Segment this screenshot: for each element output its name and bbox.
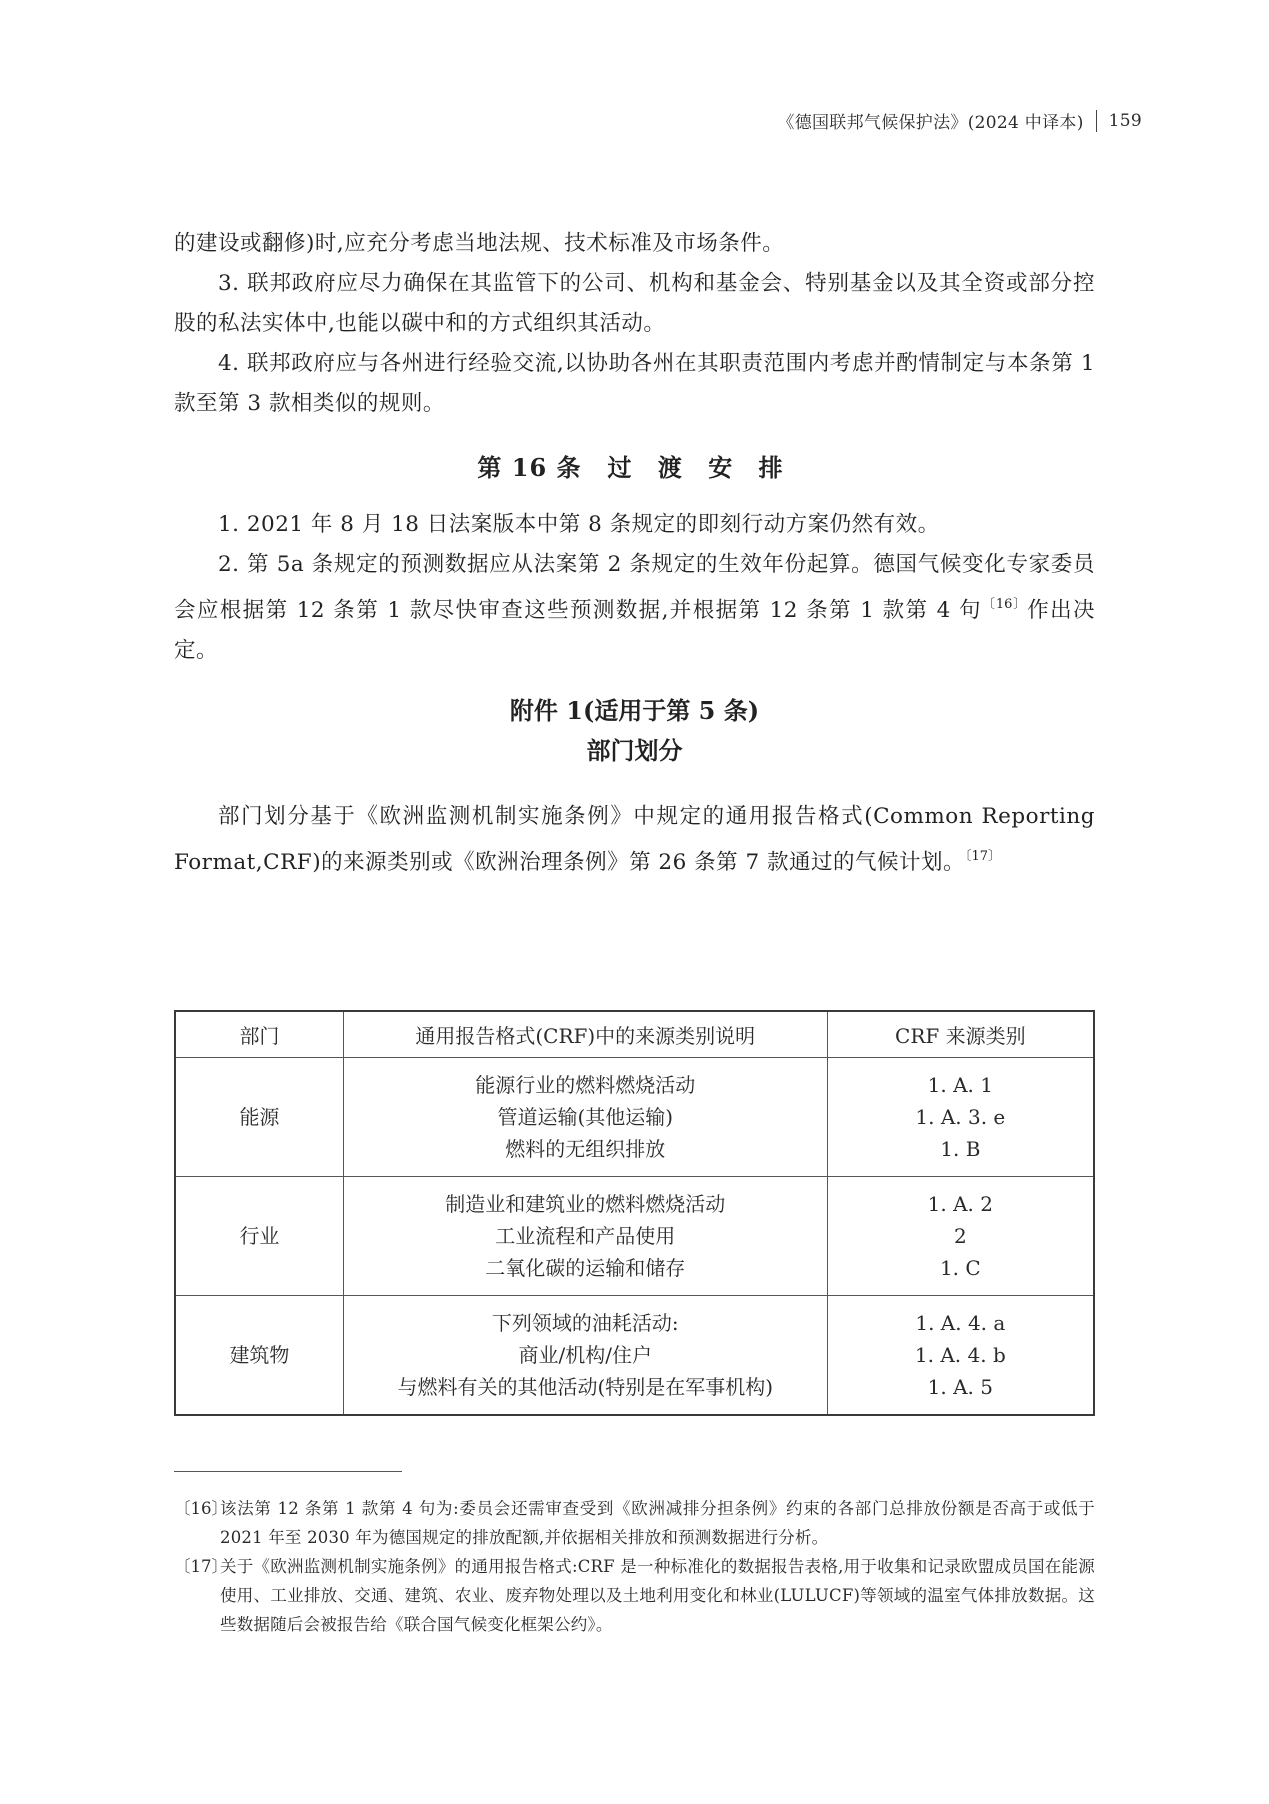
header-separator [1096,110,1097,132]
main-content: 的建设或翻修)时,应充分考虑当地法规、技术标准及市场条件。 3. 联邦政府应尽力… [174,224,1095,883]
paragraph-3: 3. 联邦政府应尽力确保在其监管下的公司、机构和基金会、特别基金以及其全资或部分… [174,264,1095,344]
description-line: 商业/机构/住户 [344,1339,827,1371]
article-16-paragraph-2: 2. 第 5a 条规定的预测数据应从法案第 2 条规定的生效年份起算。德国气候变… [174,545,1095,671]
footnote-text: 该法第 12 条第 1 款第 4 句为:委员会还需审查受到《欧洲减排分担条例》约… [220,1494,1095,1552]
table-row: 建筑物 下列领域的油耗活动: 商业/机构/住户 与燃料有关的其他活动(特别是在军… [175,1296,1094,1416]
table-header-row: 部门 通用报告格式(CRF)中的来源类别说明 CRF 来源类别 [175,1011,1094,1058]
page-number: 159 [1109,111,1142,131]
footnote-17: 〔17〕 关于《欧洲监测机制实施条例》的通用报告格式:CRF 是一种标准化的数据… [174,1552,1095,1639]
footnote-ref-17[interactable]: 〔17〕 [965,849,1001,864]
code-cell: 1. A. 4. a 1. A. 4. b 1. A. 5 [827,1296,1094,1416]
description-line: 能源行业的燃料燃烧活动 [344,1069,827,1101]
description-cell: 下列领域的油耗活动: 商业/机构/住户 与燃料有关的其他活动(特别是在军事机构) [343,1296,827,1416]
paragraph-continuation: 的建设或翻修)时,应充分考虑当地法规、技术标准及市场条件。 [174,224,1095,264]
article-16-heading: 第 16 条过 渡 安 排 [174,448,1095,483]
table-row: 能源 能源行业的燃料燃烧活动 管道运输(其他运输) 燃料的无组织排放 1. A.… [175,1058,1094,1177]
sector-cell: 建筑物 [175,1296,343,1416]
header-sector: 部门 [175,1011,343,1058]
footnote-ref-16[interactable]: 〔16〕 [982,597,1027,612]
paragraph-4: 4. 联邦政府应与各州进行经验交流,以协助各州在其职责范围内考虑并酌情制定与本条… [174,344,1095,424]
sector-table: 部门 通用报告格式(CRF)中的来源类别说明 CRF 来源类别 能源 能源行业的… [174,1010,1095,1416]
description-line: 管道运输(其他运输) [344,1101,827,1133]
paragraph-text: 2. 第 5a 条规定的预测数据应从法案第 2 条规定的生效年份起算。德国气候变… [174,552,1095,623]
article-title: 过 渡 安 排 [608,453,792,482]
code-cell: 1. A. 2 2 1. C [827,1177,1094,1296]
sector-cell: 行业 [175,1177,343,1296]
code-cell: 1. A. 1 1. A. 3. e 1. B [827,1058,1094,1177]
description-cell: 能源行业的燃料燃烧活动 管道运输(其他运输) 燃料的无组织排放 [343,1058,827,1177]
code-line: 1. C [828,1252,1093,1284]
annex-intro: 部门划分基于《欧洲监测机制实施条例》中规定的通用报告格式(Common Repo… [174,797,1095,883]
footnote-text: 关于《欧洲监测机制实施条例》的通用报告格式:CRF 是一种标准化的数据报告表格,… [220,1552,1095,1639]
code-line: 1. A. 5 [828,1371,1093,1403]
description-cell: 制造业和建筑业的燃料燃烧活动 工业流程和产品使用 二氧化碳的运输和储存 [343,1177,827,1296]
table-row: 行业 制造业和建筑业的燃料燃烧活动 工业流程和产品使用 二氧化碳的运输和储存 1… [175,1177,1094,1296]
code-line: 1. A. 3. e [828,1101,1093,1133]
code-line: 1. B [828,1133,1093,1165]
description-line: 二氧化碳的运输和储存 [344,1252,827,1284]
header-description: 通用报告格式(CRF)中的来源类别说明 [343,1011,827,1058]
footnotes: 〔16〕 该法第 12 条第 1 款第 4 句为:委员会还需审查受到《欧洲减排分… [174,1494,1095,1639]
code-line: 1. A. 2 [828,1188,1093,1220]
footnote-number: 〔16〕 [174,1494,220,1552]
code-line: 1. A. 1 [828,1069,1093,1101]
description-line: 工业流程和产品使用 [344,1220,827,1252]
description-line: 燃料的无组织排放 [344,1133,827,1165]
annex-title: 附件 1(适用于第 5 条) [174,691,1095,731]
footnote-divider [174,1471,402,1472]
article-16-paragraph-1: 1. 2021 年 8 月 18 日法案版本中第 8 条规定的即刻行动方案仍然有… [174,505,1095,545]
footnote-number: 〔17〕 [174,1552,220,1639]
description-line: 制造业和建筑业的燃料燃烧活动 [344,1188,827,1220]
book-title: 《德国联邦气候保护法》(2024 中译本) [777,108,1083,133]
article-number: 第 16 条 [477,453,581,482]
code-line: 1. A. 4. b [828,1339,1093,1371]
code-line: 1. A. 4. a [828,1307,1093,1339]
description-line: 与燃料有关的其他活动(特别是在军事机构) [344,1371,827,1403]
footnote-16: 〔16〕 该法第 12 条第 1 款第 4 句为:委员会还需审查受到《欧洲减排分… [174,1494,1095,1552]
sector-cell: 能源 [175,1058,343,1177]
paragraph-text: 部门划分基于《欧洲监测机制实施条例》中规定的通用报告格式(Common Repo… [174,804,1095,875]
code-line: 2 [828,1220,1093,1252]
annex-subtitle: 部门划分 [174,731,1095,771]
running-header: 《德国联邦气候保护法》(2024 中译本) 159 [777,108,1142,133]
description-line: 下列领域的油耗活动: [344,1307,827,1339]
header-crf-code: CRF 来源类别 [827,1011,1094,1058]
